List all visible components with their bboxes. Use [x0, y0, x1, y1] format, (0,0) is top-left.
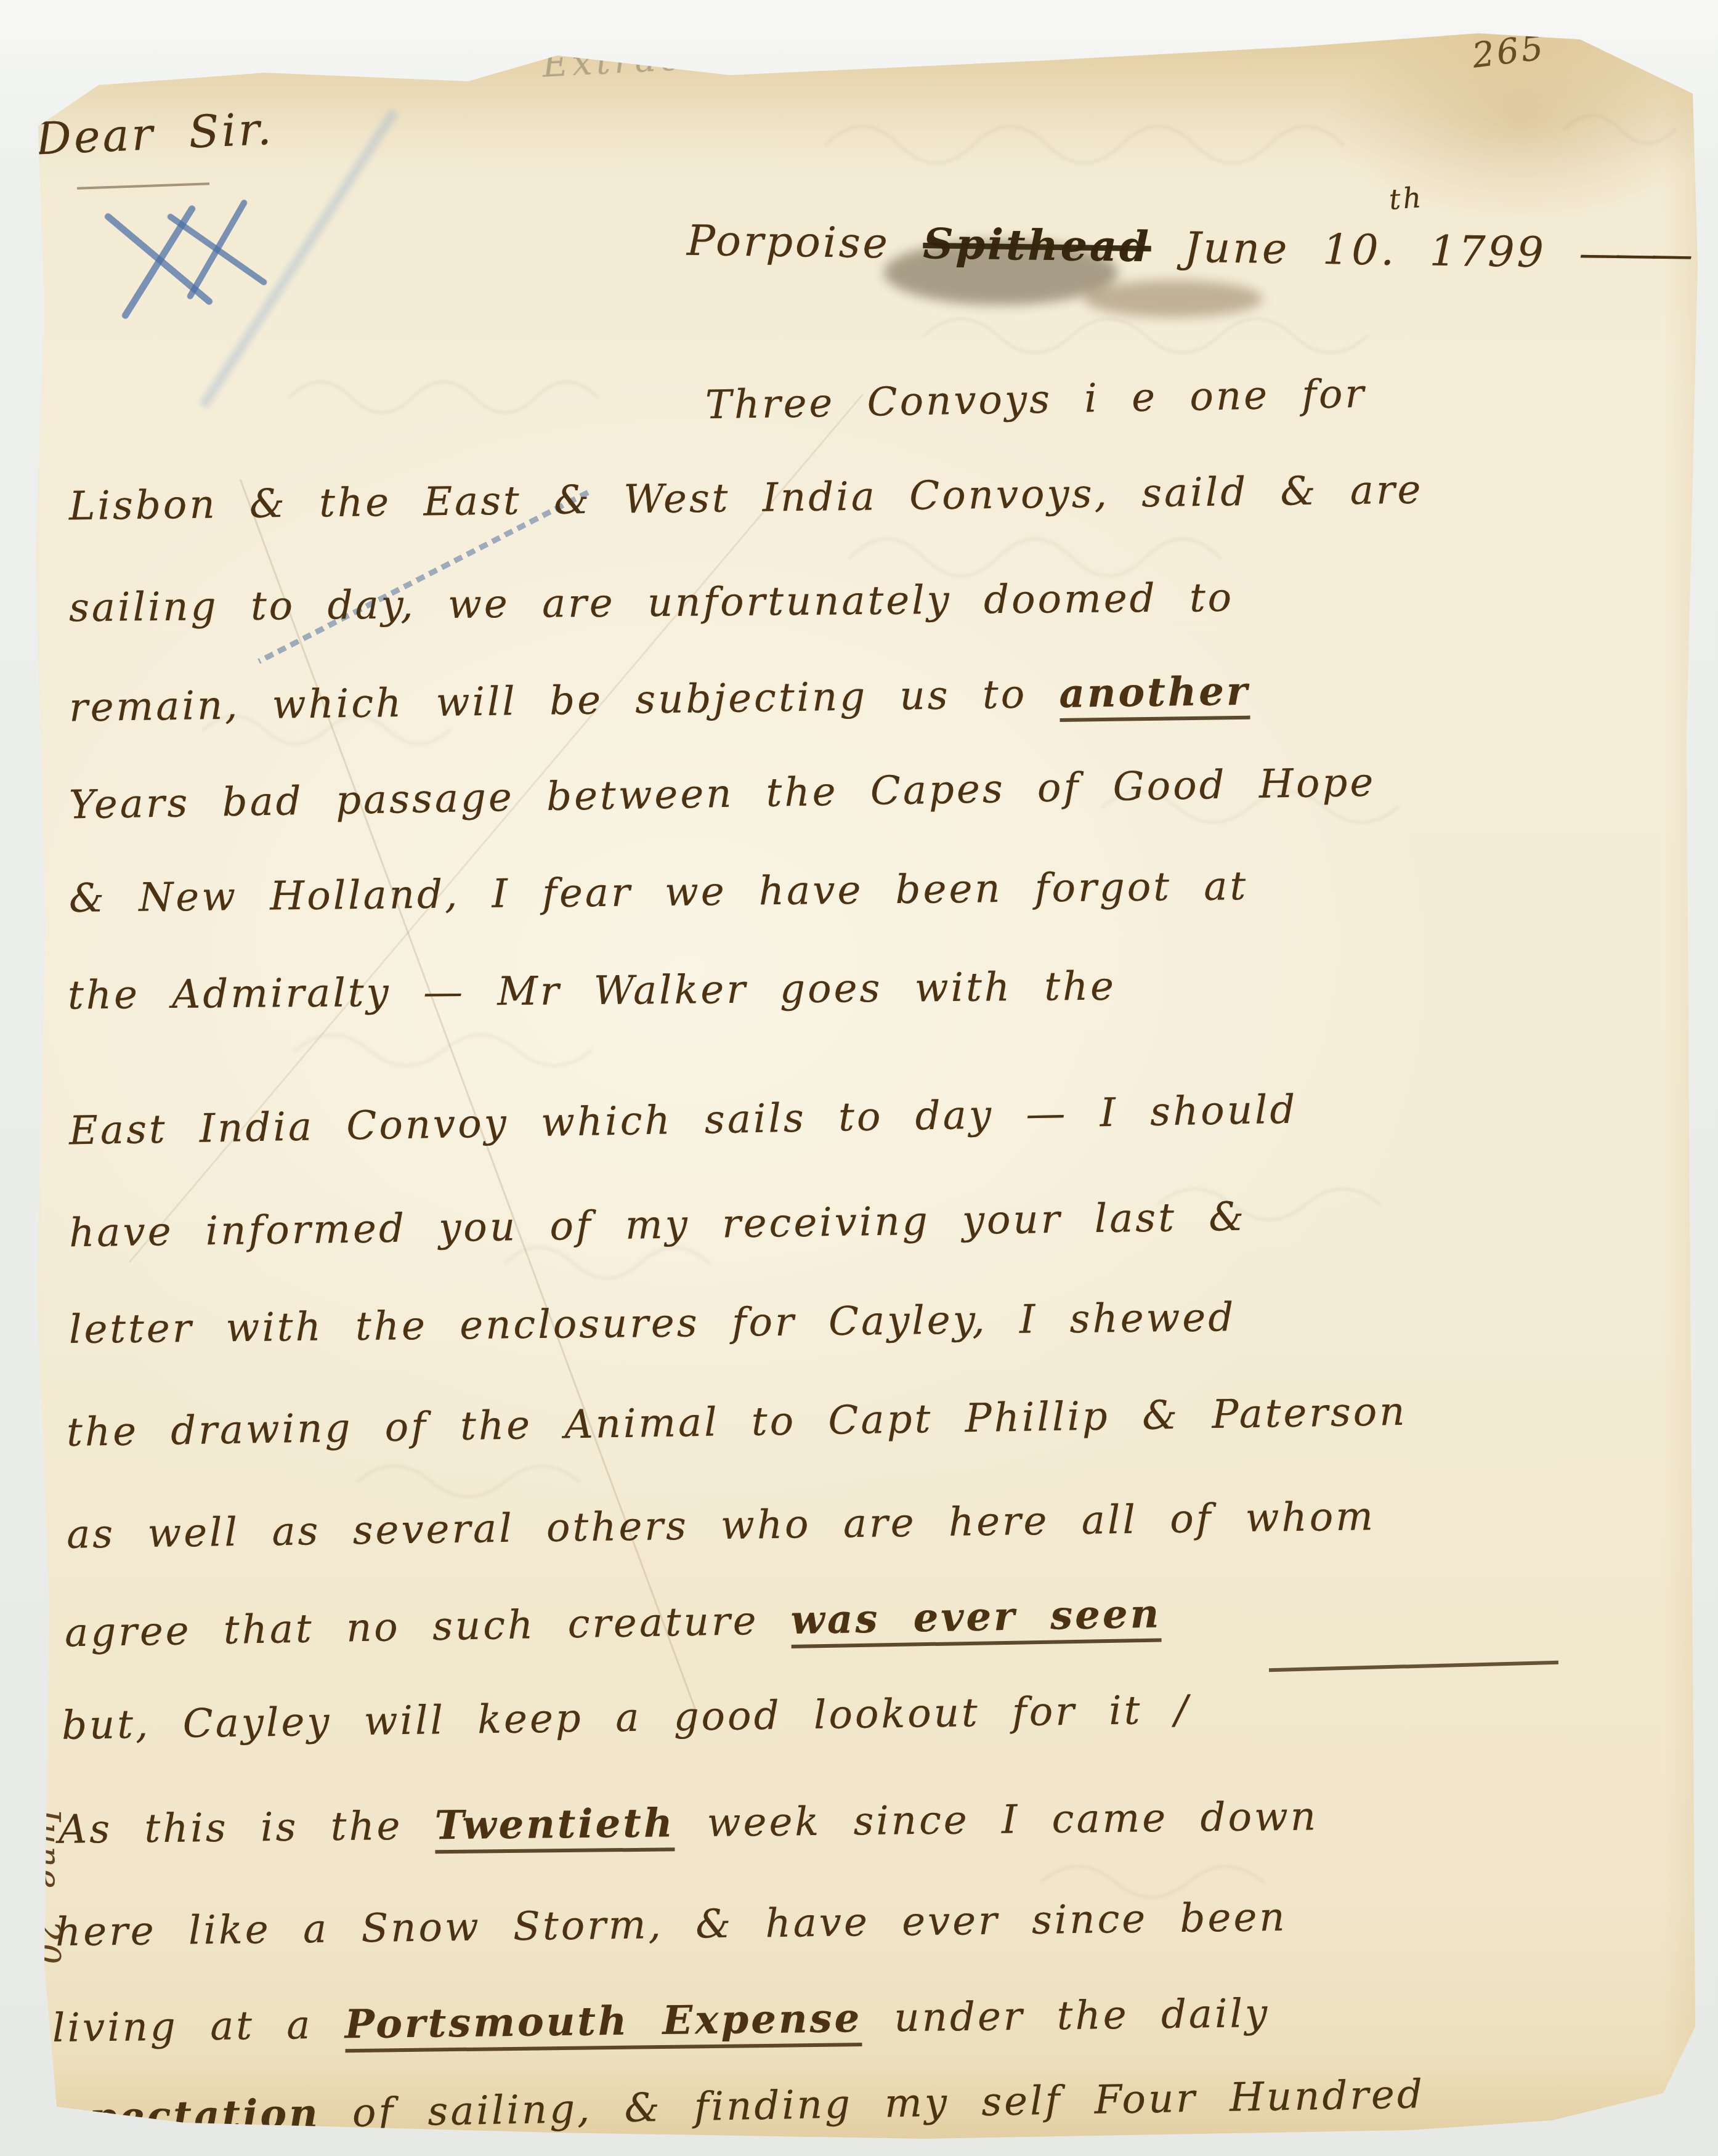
letter-paper: Extracts RGR & JB 2653 Dear Sir. Porpois…: [0, 0, 1718, 2156]
letter-line-7: the Admiralty — Mr Walker goes with the: [68, 964, 1117, 1019]
date-text: June 10: [1184, 224, 1381, 275]
underlined-word: Twentieth: [434, 1800, 675, 1854]
year-text: . 1799: [1380, 226, 1546, 277]
underlined-word: Portsmouth Expense: [344, 1995, 862, 2053]
struck-out-word: Spithead: [923, 219, 1151, 272]
date-superscript-floating: th: [1388, 180, 1425, 216]
page-number-superscript: 3: [1541, 15, 1560, 41]
dateline-dash: ———: [1579, 229, 1688, 279]
paper-edge-notch: [0, 431, 20, 511]
margin-date-note: June 20: [30, 1808, 67, 1966]
paper-edge-notch: [0, 927, 17, 1001]
underlined-word: another: [1059, 668, 1250, 722]
salutation: Dear Sir.: [34, 103, 275, 165]
paper-aging-left: [0, 0, 43, 2156]
underlined-word: expectation: [36, 2091, 321, 2147]
ship-name: Porpoise: [687, 217, 891, 269]
underlined-word: was ever seen: [790, 1591, 1162, 1648]
scan-background: Extracts RGR & JB 2653 Dear Sir. Porpois…: [0, 0, 1718, 2156]
paper-edge-notch: [0, 1743, 18, 1836]
